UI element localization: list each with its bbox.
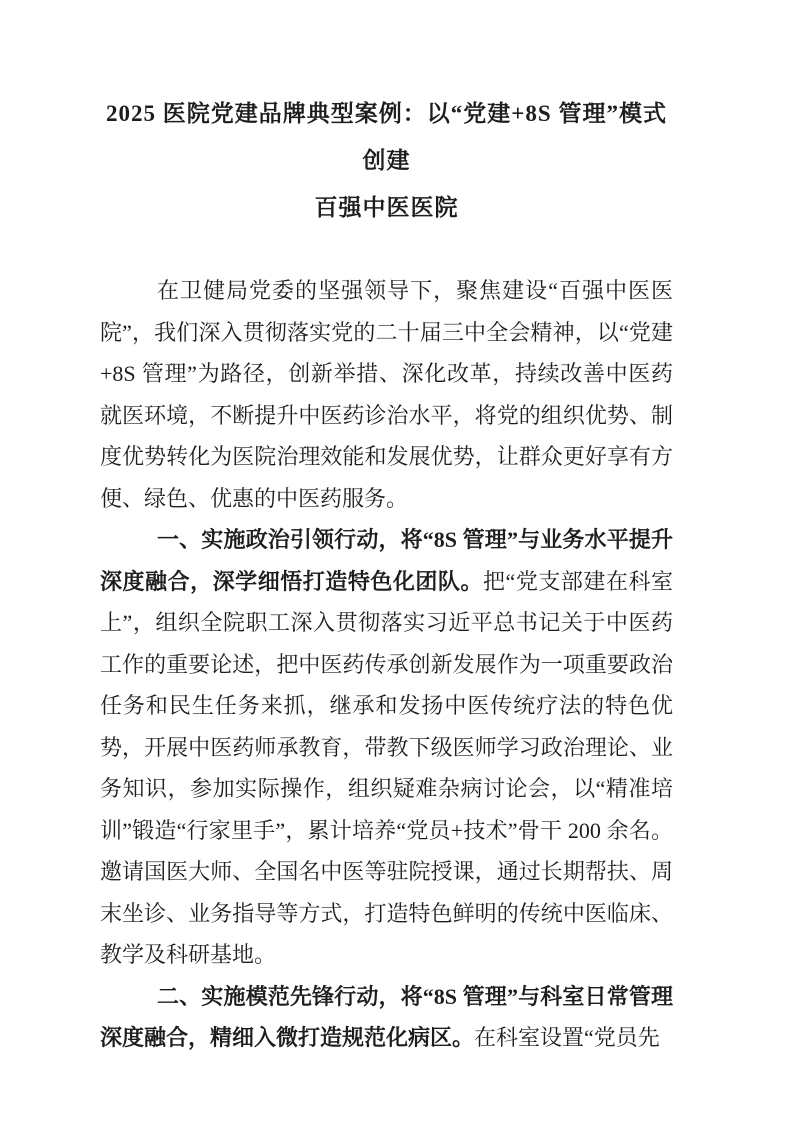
document-title: 2025 医院党建品牌典型案例：以“党建+8S 管理”模式创建 百强中医医院 xyxy=(100,90,673,231)
paragraph-section-2: 二、实施模范先锋行动，将“8S 管理”与科室日常管理深度融合，精细入微打造规范化… xyxy=(100,976,673,1059)
section-2-text: 在科室设置“党员先 xyxy=(474,1025,660,1050)
section-1-text: 把“党支部建在科室上”，组织全院职工深入贯彻落实习近平总书记关于中医药工作的重要… xyxy=(100,569,673,968)
document-body: 在卫健局党委的坚强领导下，聚焦建设“百强中医医院”，我们深入贯彻落实党的二十届三… xyxy=(100,270,673,1059)
document-page: 2025 医院党建品牌典型案例：以“党建+8S 管理”模式创建 百强中医医院 在… xyxy=(0,0,793,1122)
paragraph-intro: 在卫健局党委的坚强领导下，聚焦建设“百强中医医院”，我们深入贯彻落实党的二十届三… xyxy=(100,270,673,519)
document-content: 2025 医院党建品牌典型案例：以“党建+8S 管理”模式创建 百强中医医院 在… xyxy=(100,90,673,1059)
paragraph-section-1: 一、实施政治引领行动，将“8S 管理”与业务水平提升深度融合，深学细悟打造特色化… xyxy=(100,519,673,976)
paragraph-intro-text: 在卫健局党委的坚强领导下，聚焦建设“百强中医医院”，我们深入贯彻落实党的二十届三… xyxy=(100,278,673,511)
title-line-1: 2025 医院党建品牌典型案例：以“党建+8S 管理”模式创建 xyxy=(100,90,673,184)
title-line-2: 百强中医医院 xyxy=(100,184,673,231)
